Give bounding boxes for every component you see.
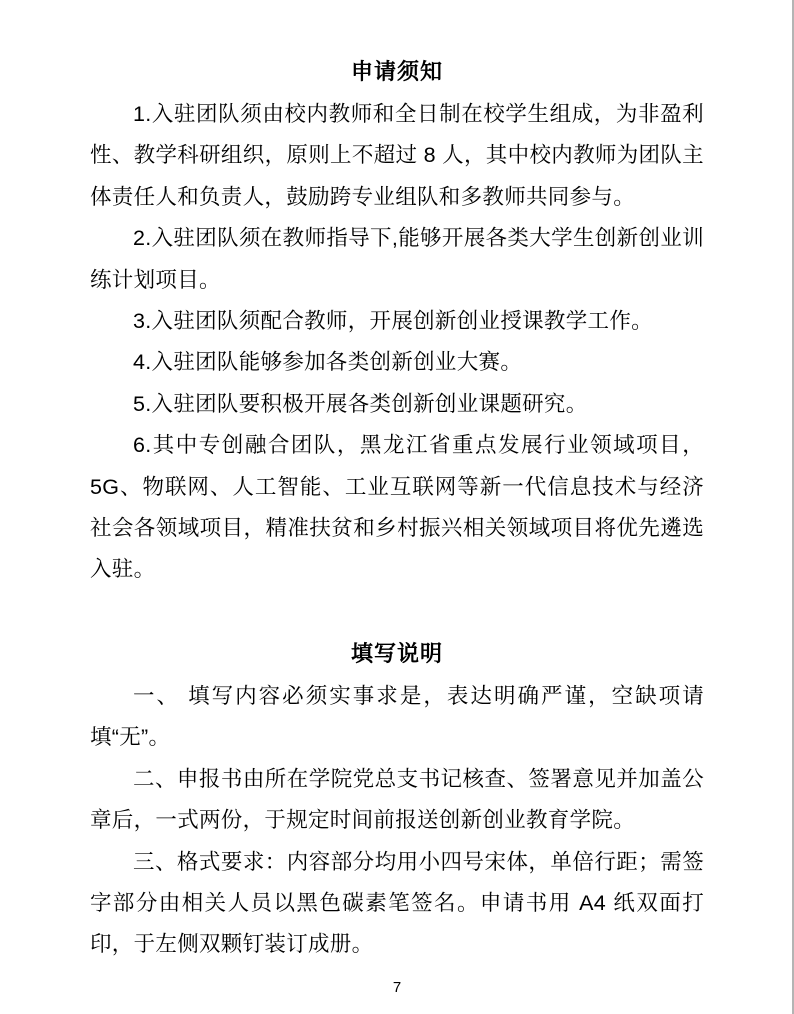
page-footer: 7 xyxy=(0,979,794,996)
paragraph: 三、格式要求：内容部分均用小四号宋体，单倍行距；需签字部分由相关人员以黑色碳素笔… xyxy=(90,842,704,966)
paragraph: 1.入驻团队须由校内教师和全日制在校学生组成，为非盈利性、教学科研组织，原则上不… xyxy=(90,94,704,218)
paragraph: 一、 填写内容必须实事求是，表达明确严谨，空缺项请填“无”。 xyxy=(90,676,704,759)
section-application-notice: 申请须知 1.入驻团队须由校内教师和全日制在校学生组成，为非盈利性、教学科研组织… xyxy=(90,50,704,591)
paragraph: 二、申报书由所在学院党总支书记核查、签署意见并加盖公章后，一式两份，于规定时间前… xyxy=(90,759,704,842)
paragraph: 2.入驻团队须在教师指导下,能够开展各类大学生创新创业训练计划项目。 xyxy=(90,218,704,301)
section-filling-instructions: 填写说明 一、 填写内容必须实事求是，表达明确严谨，空缺项请填“无”。 二、申报… xyxy=(90,632,704,966)
document-content: 申请须知 1.入驻团队须由校内教师和全日制在校学生组成，为非盈利性、教学科研组织… xyxy=(90,50,704,966)
paragraph: 6.其中专创融合团队，黑龙江省重点发展行业领域项目，5G、物联网、人工智能、工业… xyxy=(90,425,704,591)
application-notice-body: 1.入驻团队须由校内教师和全日制在校学生组成，为非盈利性、教学科研组织，原则上不… xyxy=(90,94,704,591)
section-title-filling-instructions: 填写说明 xyxy=(90,632,704,676)
page-number: 7 xyxy=(393,979,401,996)
paragraph: 5.入驻团队要积极开展各类创新创业课题研究。 xyxy=(90,384,704,425)
paragraph: 3.入驻团队须配合教师，开展创新创业授课教学工作。 xyxy=(90,301,704,342)
document-page: 申请须知 1.入驻团队须由校内教师和全日制在校学生组成，为非盈利性、教学科研组织… xyxy=(0,0,794,1014)
filling-instructions-body: 一、 填写内容必须实事求是，表达明确严谨，空缺项请填“无”。 二、申报书由所在学… xyxy=(90,676,704,966)
section-title-application-notice: 申请须知 xyxy=(90,50,704,94)
paragraph: 4.入驻团队能够参加各类创新创业大赛。 xyxy=(90,342,704,383)
